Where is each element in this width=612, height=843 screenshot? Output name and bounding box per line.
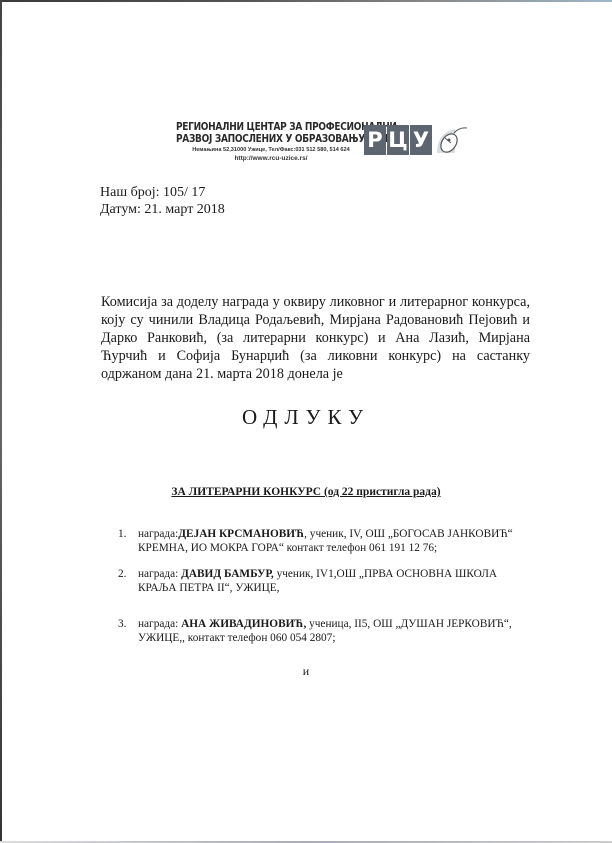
conjunction-text: и bbox=[0, 664, 612, 679]
letterhead: РЕГИОНАЛНИ ЦЕНТАР ЗА ПРОФЕСИОНАЛНИ РАЗВО… bbox=[176, 121, 466, 177]
award-item-1: 1. награда:ДЕЈАН КРСМАНОВИЋ, ученик, IV,… bbox=[118, 527, 538, 555]
award-item-3: 3. награда: АНА ЖИВАДИНОВИЋ, ученица, II… bbox=[118, 617, 538, 645]
institution-name-line2: РАЗВОЈ ЗАПОСЛЕНИХ У ОБРАЗОВАЊУ УЖИЦЕ bbox=[176, 133, 366, 147]
scan-border-top bbox=[0, 0, 612, 2]
logo-letter-c: Ц bbox=[387, 125, 409, 155]
rcu-logo: Р Ц У bbox=[364, 123, 469, 157]
section-title: ЗА ЛИТЕРАРНИ КОНКУРС (од 22 пристигла ра… bbox=[0, 486, 612, 498]
awardee-name: ДЕЈАН КРСМАНОВИЋ bbox=[178, 528, 304, 540]
award-number: 2. bbox=[118, 567, 126, 581]
logo-letter-u: У bbox=[410, 125, 432, 155]
document-meta: Наш број: 105/ 17 Датум: 21. март 2018 bbox=[100, 184, 225, 218]
award-label: награда: bbox=[138, 618, 181, 630]
reference-number: Наш број: 105/ 17 bbox=[100, 184, 225, 201]
institution-website: http://www.rcu-uzice.rs/ bbox=[176, 154, 366, 163]
award-number: 1. bbox=[118, 527, 126, 541]
document-date: Датум: 21. март 2018 bbox=[100, 201, 225, 218]
institution-address: Немањина 52,31000 Ужице, Тел/Факс:031 51… bbox=[176, 146, 366, 154]
decision-title: ОДЛУКУ bbox=[0, 405, 612, 430]
award-number: 3. bbox=[118, 617, 126, 631]
award-label: награда: bbox=[138, 568, 181, 580]
logo-letter-r: Р bbox=[364, 125, 386, 155]
intro-paragraph: Комисија за доделу награда у оквиру лико… bbox=[101, 293, 530, 383]
awardee-name: АНА ЖИВАДИНОВИЋ, bbox=[181, 618, 306, 630]
computer-mouse-icon bbox=[435, 123, 469, 157]
awardee-name: ДАВИД БАМБУР, bbox=[181, 568, 274, 580]
award-label: награда: bbox=[138, 528, 178, 540]
letterhead-text: РЕГИОНАЛНИ ЦЕНТАР ЗА ПРОФЕСИОНАЛНИ РАЗВО… bbox=[176, 121, 366, 163]
award-item-2: 2. награда: ДАВИД БАМБУР, ученик, IV1,ОШ… bbox=[118, 567, 538, 595]
